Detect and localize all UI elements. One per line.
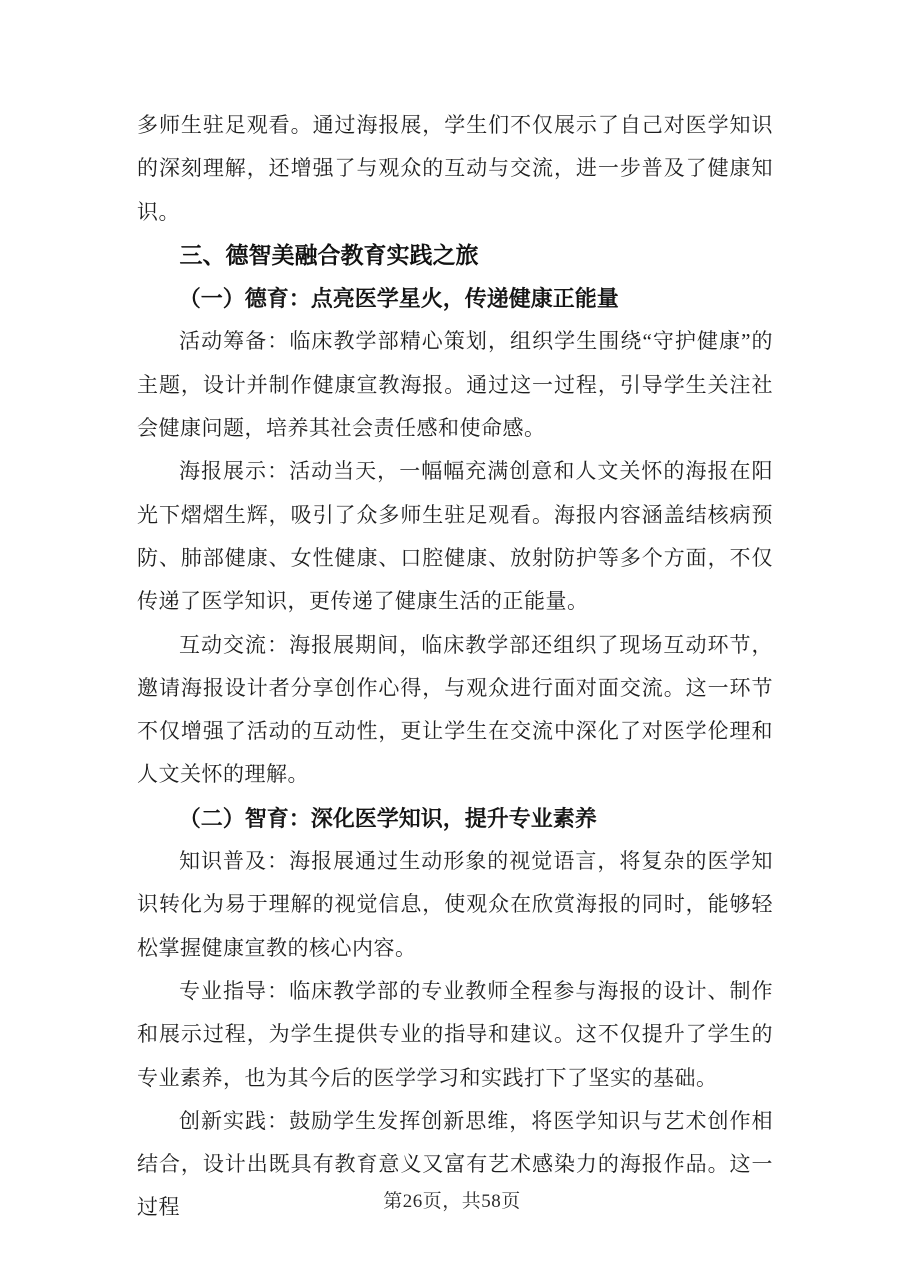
paragraph-professional-guidance: 专业指导：临床教学部的专业教师全程参与海报的设计、制作和展示过程，为学生提供专业… [137, 970, 773, 1100]
paragraph-activity-preparation: 活动筹备：临床教学部精心策划，组织学生围绕“守护健康”的主题，设计并制作健康宣教… [137, 320, 773, 450]
section-heading-level2-intellectual: （二）智育：深化医学知识，提升专业素养 [137, 797, 773, 840]
section-heading-level2-moral: （一）德育：点亮医学星火，传递健康正能量 [137, 277, 773, 320]
page-number-footer: 第26页，共58页 [0, 1186, 904, 1213]
paragraph-poster-display: 海报展示：活动当天，一幅幅充满创意和人文关怀的海报在阳光下熠熠生辉，吸引了众多师… [137, 450, 773, 623]
paragraph-interactive-exchange: 互动交流：海报展期间，临床教学部还组织了现场互动环节，邀请海报设计者分享创作心得… [137, 624, 773, 797]
document-page: 多师生驻足观看。通过海报展，学生们不仅展示了自己对医学知识的深刻理解，还增强了与… [0, 0, 904, 1280]
paragraph-continuation: 多师生驻足观看。通过海报展，学生们不仅展示了自己对医学知识的深刻理解，还增强了与… [137, 104, 773, 234]
section-heading-level1: 三、德智美融合教育实践之旅 [137, 234, 773, 277]
paragraph-knowledge-popularization: 知识普及：海报展通过生动形象的视觉语言，将复杂的医学知识转化为易于理解的视觉信息… [137, 840, 773, 970]
document-body: 多师生驻足观看。通过海报展，学生们不仅展示了自己对医学知识的深刻理解，还增强了与… [137, 104, 773, 1230]
